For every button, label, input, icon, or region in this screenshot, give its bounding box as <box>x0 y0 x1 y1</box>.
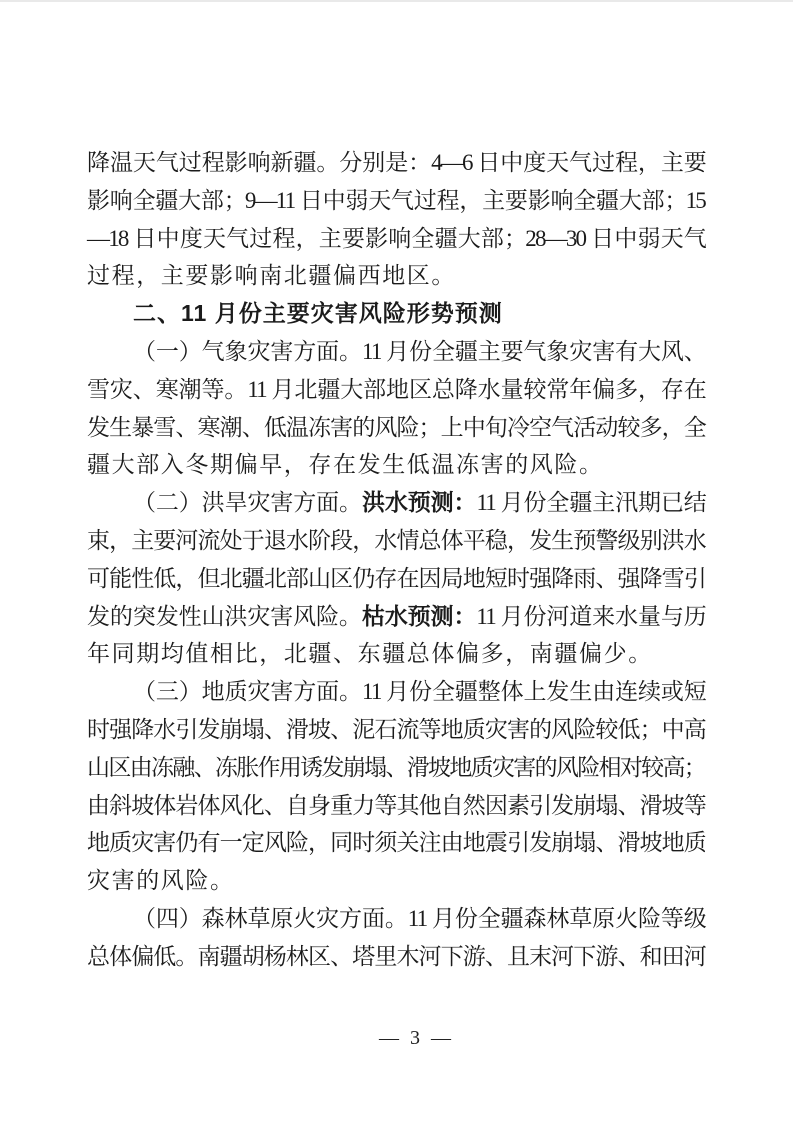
bold-term: 洪水预测： <box>362 489 476 515</box>
text-line: 时强降水引发崩塌、滑坡、泥石流等地质灾害的风险较低；中高 <box>87 711 705 749</box>
body-text: 雪灾、寒潮等。11 月北疆大部地区总降水量较常年偏多，存在 <box>87 377 705 402</box>
body-text: 降温天气过程影响新疆。分别是：4—6 日中度天气过程，主要 <box>87 150 705 175</box>
body-text: 疆大部入冬期偏早，存在发生低温冻害的风险。 <box>87 452 604 477</box>
text-line: 发的突发性山洪灾害风险。枯水预测：11 月份河道来水量与历 <box>87 598 705 636</box>
text-line: 地质灾害仍有一定风险，同时须关注由地震引发崩塌、滑坡地质 <box>87 824 705 862</box>
subsection-meteorological: （一）气象灾害方面。11 月份全疆主要气象灾害有大风、 雪灾、寒潮等。11 月北… <box>87 333 705 484</box>
body-text: 时强降水引发崩塌、滑坡、泥石流等地质灾害的风险较低；中高 <box>87 717 705 742</box>
body-text: 地质灾害仍有一定风险，同时须关注由地震引发崩塌、滑坡地质 <box>87 830 705 855</box>
body-text: 11 月份全疆整体上发生由连续或短 <box>362 679 705 704</box>
text-line: 发生暴雪、寒潮、低温冻害的风险；上中旬冷空气活动较多，全 <box>87 409 705 447</box>
subsection-label: （四）森林草原火灾方面。 <box>133 906 408 931</box>
body-text: 过程，主要影响南北疆偏西地区。 <box>87 263 456 288</box>
text-line: 由斜坡体岩体风化、自身重力等其他自然因素引发崩塌、滑坡等 <box>87 787 705 825</box>
subsection-geological: （三）地质灾害方面。11 月份全疆整体上发生由连续或短 时强降水引发崩塌、滑坡、… <box>87 673 705 900</box>
body-text: 山区由冻融、冻胀作用诱发崩塌、滑坡地质灾害的风险相对较高； <box>87 755 705 780</box>
heading-text: 二、11 月份主要灾害风险形势预测 <box>133 300 503 326</box>
text-line: （二）洪旱灾害方面。洪水预测：11 月份全疆主汛期已结 <box>87 484 705 522</box>
text-line: 总体偏低。南疆胡杨林区、塔里木河下游、且末河下游、和田河 <box>87 938 705 976</box>
subsection-label: （一）气象灾害方面。 <box>133 339 362 364</box>
body-text: —18 日中度天气过程，主要影响全疆大部；28—30 日中弱天气 <box>87 226 705 251</box>
document-page: 降温天气过程影响新疆。分别是：4—6 日中度天气过程，主要 影响全疆大部；9—1… <box>0 0 793 1122</box>
text-line: 雪灾、寒潮等。11 月北疆大部地区总降水量较常年偏多，存在 <box>87 371 705 409</box>
body-text: 可能性低，但北疆北部山区仍存在因局地短时强降雨、强降雪引 <box>87 566 705 591</box>
body-text: 由斜坡体岩体风化、自身重力等其他自然因素引发崩塌、滑坡等 <box>87 793 705 818</box>
text-line: 灾害的风险。 <box>87 862 705 900</box>
paragraph-intro: 降温天气过程影响新疆。分别是：4—6 日中度天气过程，主要 影响全疆大部；9—1… <box>87 144 705 295</box>
body-text: 灾害的风险。 <box>87 868 235 893</box>
body-text: 束，主要河流处于退水阶段，水情总体平稳，发生预警级别洪水 <box>87 528 705 553</box>
text-line: 影响全疆大部；9—11 日中弱天气过程，主要影响全疆大部；15 <box>87 182 705 220</box>
body-text: 11 月份河道来水量与历 <box>476 604 705 629</box>
bold-term: 枯水预测： <box>362 603 477 629</box>
text-line: （一）气象灾害方面。11 月份全疆主要气象灾害有大风、 <box>87 333 705 371</box>
text-line: 过程，主要影响南北疆偏西地区。 <box>87 257 705 295</box>
text-line: 降温天气过程影响新疆。分别是：4—6 日中度天气过程，主要 <box>87 144 705 182</box>
text-line: —18 日中度天气过程，主要影响全疆大部；28—30 日中弱天气 <box>87 220 705 258</box>
body-text: 发生暴雪、寒潮、低温冻害的风险；上中旬冷空气活动较多，全 <box>87 415 705 440</box>
page-number: — 3 — <box>106 1027 724 1050</box>
text-line: 疆大部入冬期偏早，存在发生低温冻害的风险。 <box>87 446 705 484</box>
text-line: 可能性低，但北疆北部山区仍存在因局地短时强降雨、强降雪引 <box>87 560 705 598</box>
body-text: 总体偏低。南疆胡杨林区、塔里木河下游、且末河下游、和田河 <box>87 944 705 969</box>
section-heading: 二、11 月份主要灾害风险形势预测 <box>87 295 705 333</box>
body-text: 影响全疆大部；9—11 日中弱天气过程，主要影响全疆大部；15 <box>87 188 705 213</box>
body-text: 11 月份全疆主要气象灾害有大风、 <box>362 339 705 364</box>
body-text: 发的突发性山洪灾害风险。 <box>87 604 362 629</box>
text-line: 束，主要河流处于退水阶段，水情总体平稳，发生预警级别洪水 <box>87 522 705 560</box>
document-body: 降温天气过程影响新疆。分别是：4—6 日中度天气过程，主要 影响全疆大部；9—1… <box>87 144 705 976</box>
text-line: （三）地质灾害方面。11 月份全疆整体上发生由连续或短 <box>87 673 705 711</box>
subsection-label: （二）洪旱灾害方面。 <box>133 490 362 515</box>
body-text: 11 月份全疆主汛期已结 <box>476 490 705 515</box>
text-line: 年同期均值相比，北疆、东疆总体偏多，南疆偏少。 <box>87 635 705 673</box>
subsection-flood-drought: （二）洪旱灾害方面。洪水预测：11 月份全疆主汛期已结 束，主要河流处于退水阶段… <box>87 484 705 673</box>
scan-edge-artifact <box>0 0 793 2</box>
body-text: 年同期均值相比，北疆、东疆总体偏多，南疆偏少。 <box>87 641 653 666</box>
section-heading-block: 二、11 月份主要灾害风险形势预测 <box>87 295 705 333</box>
subsection-forest-fire: （四）森林草原火灾方面。11 月份全疆森林草原火险等级 总体偏低。南疆胡杨林区、… <box>87 900 705 976</box>
text-line: （四）森林草原火灾方面。11 月份全疆森林草原火险等级 <box>87 900 705 938</box>
text-line: 山区由冻融、冻胀作用诱发崩塌、滑坡地质灾害的风险相对较高； <box>87 749 705 787</box>
subsection-label: （三）地质灾害方面。 <box>133 679 362 704</box>
body-text: 11 月份全疆森林草原火险等级 <box>408 906 705 931</box>
